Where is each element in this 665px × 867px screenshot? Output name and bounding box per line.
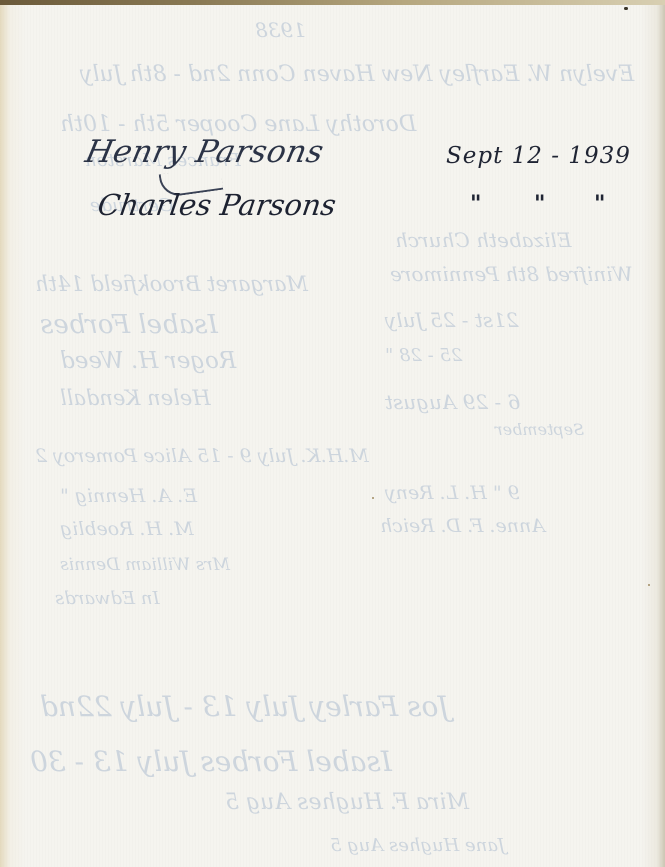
page-top-edge <box>0 0 665 5</box>
show-through-text: M. H. Roeblig <box>60 518 194 540</box>
show-through-text: Mira F. Hughes Aug 5 <box>225 790 469 815</box>
ditto-mark: " <box>470 192 481 217</box>
signature-charles-parsons: Charles Parsons <box>96 188 339 222</box>
show-through-text: 21st - 25 July <box>385 308 519 332</box>
show-through-text: 6 - 29 August <box>385 390 520 414</box>
show-through-text: Isabel Forbes July 13 - 30 <box>30 745 392 778</box>
show-through-text: In Edwards <box>55 588 160 609</box>
ditto-mark: " <box>534 192 545 217</box>
show-through-text: M.H.K. July 9 - 15 Alice Pomeroy 2 <box>35 445 369 467</box>
show-through-text: Evelyn W. Earfley New Haven Conn 2nd - 8… <box>80 62 634 87</box>
show-through-text: 25 - 28 " <box>385 345 462 366</box>
signature-henry-parsons: Henry Parsons <box>82 134 327 170</box>
show-through-text: Jos Farley July 13 - July 22nd <box>40 690 450 723</box>
show-through-text: Mrs William Dennis <box>60 555 230 575</box>
show-through-text: Jane Hughes Aug 5 <box>330 835 505 856</box>
show-through-text: Margaret Brookfield 14th <box>35 272 308 296</box>
entry-date: Sept 12 - 1939 <box>446 143 631 169</box>
show-through-text: September <box>495 420 584 439</box>
ink-speck <box>624 7 628 10</box>
show-through-text: Helen Kendall <box>60 386 211 410</box>
show-through-text: 1938 <box>255 18 306 42</box>
paper-speck <box>648 584 650 586</box>
show-through-text: Anne. F. D. Reich <box>380 515 545 537</box>
show-through-text: 9 " H. L. Reny <box>385 482 520 504</box>
paper-speck <box>372 497 374 499</box>
show-through-text: Roger H. Weed <box>60 348 236 374</box>
ditto-mark: " <box>594 192 605 217</box>
show-through-text: Winifred 8th Pennimore <box>390 262 633 286</box>
show-through-text: E. A. Hennig " <box>60 485 197 507</box>
show-through-text: Elizabeth Church <box>395 228 571 252</box>
show-through-text: Isabel Forbes <box>40 310 218 340</box>
